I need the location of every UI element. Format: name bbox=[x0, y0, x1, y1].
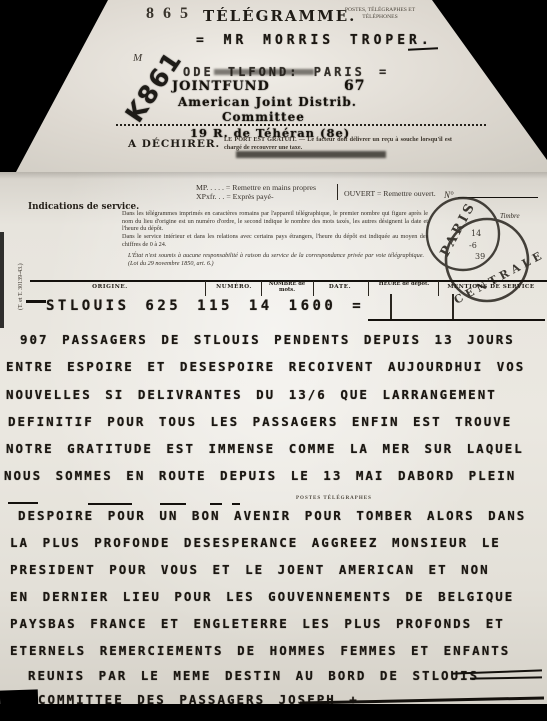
dest-stamp-line3: Committee bbox=[222, 110, 305, 124]
pt-corner-note: POSTES, TÉLÉGRAPHES ET TÉLÉPHONES bbox=[328, 7, 432, 20]
message-line: PRESIDENT POUR VOUS ET LE JOENT AMERICAN… bbox=[10, 562, 490, 577]
col-divider-5 bbox=[438, 281, 439, 296]
postmark-year: 39 bbox=[475, 252, 485, 261]
col-divider-1 bbox=[205, 281, 206, 296]
col-divider-3 bbox=[313, 281, 314, 296]
route-smudge bbox=[214, 69, 314, 75]
legend-xp: XPxfr. . . = Exprès payé- bbox=[196, 192, 274, 201]
message-line: ETERNELS REMERCIEMENTS DE HOMMES FEMMES … bbox=[10, 643, 510, 658]
margin-reference: (T. et T. 30139-43.) bbox=[18, 220, 24, 310]
port-note-smudge bbox=[236, 151, 386, 158]
message-line: DESPOIRE POUR UN BON AVENIR POUR TOMBER … bbox=[18, 508, 526, 523]
form-box-bottom bbox=[368, 319, 545, 321]
message-line: DEFINITIF POUR TOUS LES PASSAGERS ENFIN … bbox=[8, 414, 512, 429]
fine-print-1: Dans les télégrammes imprimés en caractè… bbox=[122, 210, 428, 233]
dest-stamp-number: 67 bbox=[344, 78, 365, 94]
legend-divider bbox=[337, 184, 338, 200]
bottom-left-corner bbox=[0, 689, 38, 706]
left-edge-mark bbox=[0, 232, 4, 328]
form-box-v2 bbox=[452, 294, 454, 320]
telegram-photo: 865 TÉLÉGRAMME. POSTES, TÉLÉGRAPHES ET T… bbox=[0, 0, 547, 721]
origin-left-mark bbox=[26, 300, 46, 303]
port-note: LE PORT EST GRATUIT. — Le facteur doit d… bbox=[224, 136, 452, 151]
message-line: EN DERNIER LIEU POUR LES GOUVENNEMENTS D… bbox=[10, 589, 514, 604]
col-mentions: MENTIONS DE SERVICE bbox=[438, 284, 544, 290]
break-dash-5 bbox=[232, 503, 240, 505]
break-dash-2 bbox=[88, 503, 132, 505]
break-dash-4 bbox=[210, 503, 222, 505]
sheet-seam bbox=[0, 172, 547, 179]
bottom-border bbox=[0, 704, 547, 721]
col-divider-2 bbox=[261, 281, 262, 296]
message-line: ENTRE ESPOIRE ET DESESPOIRE RECOIVENT AU… bbox=[6, 359, 525, 374]
legend-mp: MP. . . . . = Remettre en mains propres bbox=[196, 183, 316, 192]
postmark-stamp: PARIS 14 -6 39 CENTRALE bbox=[415, 192, 547, 317]
origin-line: STLOUIS 625 115 14 1600 = bbox=[46, 298, 364, 314]
col-origine: ORIGINE. bbox=[40, 284, 180, 290]
dest-stamp-line2: American Joint Distrib. bbox=[178, 95, 357, 109]
liability-note: L'État n'est soumis à aucune responsabil… bbox=[128, 252, 424, 267]
message-line: PAYSBAS FRANCE ET ENGLETERRE LES PLUS PR… bbox=[10, 616, 505, 631]
break-dash-3 bbox=[160, 503, 186, 505]
form-box-v1 bbox=[390, 294, 392, 320]
break-dash-1 bbox=[8, 502, 38, 504]
col-date: DATE. bbox=[315, 284, 365, 290]
message-line: REUNIS PAR LE MEME DESTIN AU BORD DE STL… bbox=[28, 668, 479, 683]
addressee-line: = MR MORRIS TROPER. bbox=[196, 33, 433, 48]
message-line: LA PLUS PROFONDE DESESPERANCE AGGREEZ MO… bbox=[10, 535, 501, 550]
fine-print-2: Dans le service intérieur et dans les re… bbox=[122, 233, 428, 248]
form-number: 865 bbox=[146, 5, 197, 23]
dest-stamp-line1: JOINTFUND bbox=[172, 79, 270, 94]
postmark-month: -6 bbox=[469, 241, 477, 250]
col-nombre-mots: NOMBRE de mots. bbox=[264, 282, 310, 294]
col-numero: NUMÉRO. bbox=[207, 284, 261, 290]
dechirer-label: A DÉCHIRER. bbox=[128, 138, 220, 150]
message-line: NOUS SOMMES EN ROUTE DEPUIS LE 13 MAI DA… bbox=[4, 468, 516, 483]
postmark-day: 14 bbox=[471, 229, 481, 238]
col-heure-depot: HEURE de dépôt. bbox=[372, 282, 436, 288]
message-line: NOTRE GRATITUDE EST IMMENSE COMME LA MER… bbox=[6, 441, 524, 456]
continuation-header: POSTES TÉLÉGRAPHES bbox=[296, 496, 372, 501]
message-line: NOUVELLES SI DELIVRANTES DU 13/6 QUE LAR… bbox=[6, 387, 497, 402]
col-divider-4 bbox=[368, 281, 369, 296]
message-line: 907 PASSAGERS DE STLOUIS PENDENTS DEPUIS… bbox=[20, 332, 515, 347]
